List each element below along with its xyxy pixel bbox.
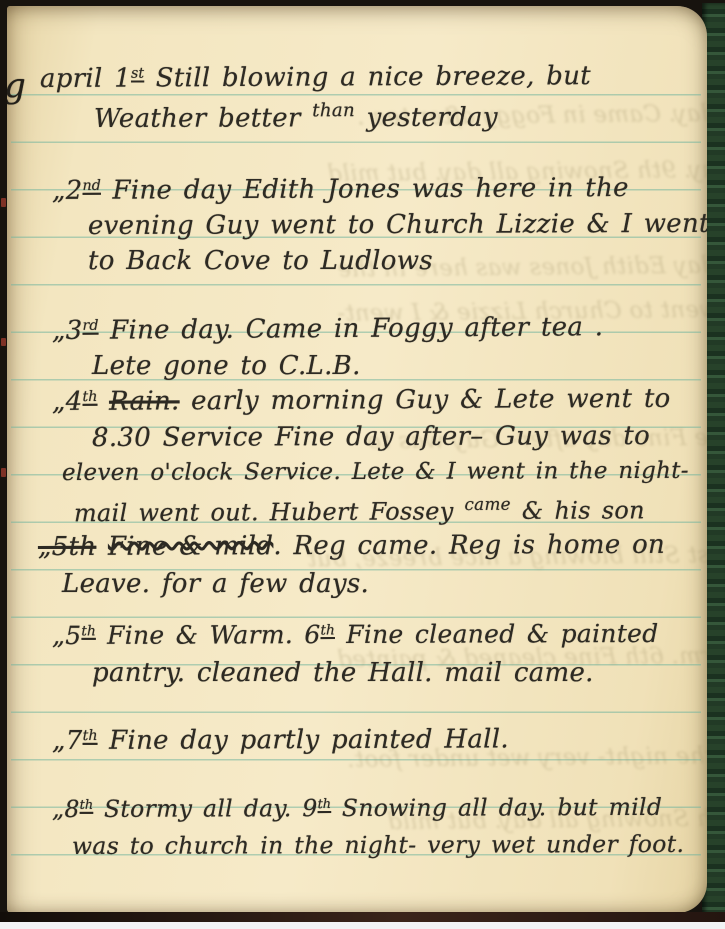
diary-line: was to church in the night- very wet und… [72, 830, 684, 860]
binding-mark [1, 198, 6, 207]
diary-photo: „3rd Fine day. Came in Foggy after tea .… [0, 0, 725, 929]
binding-mark [1, 468, 6, 477]
diary-line: „5th Fine & Warm. 6th Fine cleaned & pai… [52, 619, 659, 650]
diary-line: „3rd Fine day. Came in Foggy after tea . [52, 312, 604, 346]
diary-line: „5th Fine & mild. Reg came. Reg is home … [38, 530, 665, 562]
margin-fragment: g [7, 66, 26, 106]
diary-line: april 1st Still blowing a nice breeze, b… [40, 61, 591, 94]
diary-line: mail went out. Hubert Fossey came & his … [74, 493, 645, 527]
diary-line: eleven o'clock Service. Lete & I went in… [62, 458, 689, 486]
diary-page: „3rd Fine day. Came in Foggy after tea .… [7, 6, 707, 913]
binding-mark [1, 338, 6, 346]
diary-line: „7th Fine day partly painted Hall. [52, 724, 509, 756]
diary-line: pantry. cleaned the Hall. mail came. [92, 658, 594, 688]
background-paper [0, 922, 725, 929]
diary-line: Leave. for a few days. [62, 569, 369, 599]
diary-line: „4th Rain. early morning Guy & Lete went… [52, 384, 671, 417]
diary-line: 8.30 Service Fine day after– Guy was to [92, 421, 650, 453]
diary-line: Weather better than yesterday [94, 100, 498, 134]
diary-line: Lete gone to C.L.B. [92, 351, 361, 381]
diary-line: evening Guy went to Church Lizzie & I we… [88, 209, 707, 241]
diary-line: to Back Cove to Ludlows [88, 246, 433, 276]
diary-line: „8th Stormy all day. 9th Snowing all day… [52, 793, 662, 823]
cover-bottom-edge [0, 912, 725, 922]
diary-line: „2nd Fine day Edith Jones was here in th… [52, 173, 629, 206]
